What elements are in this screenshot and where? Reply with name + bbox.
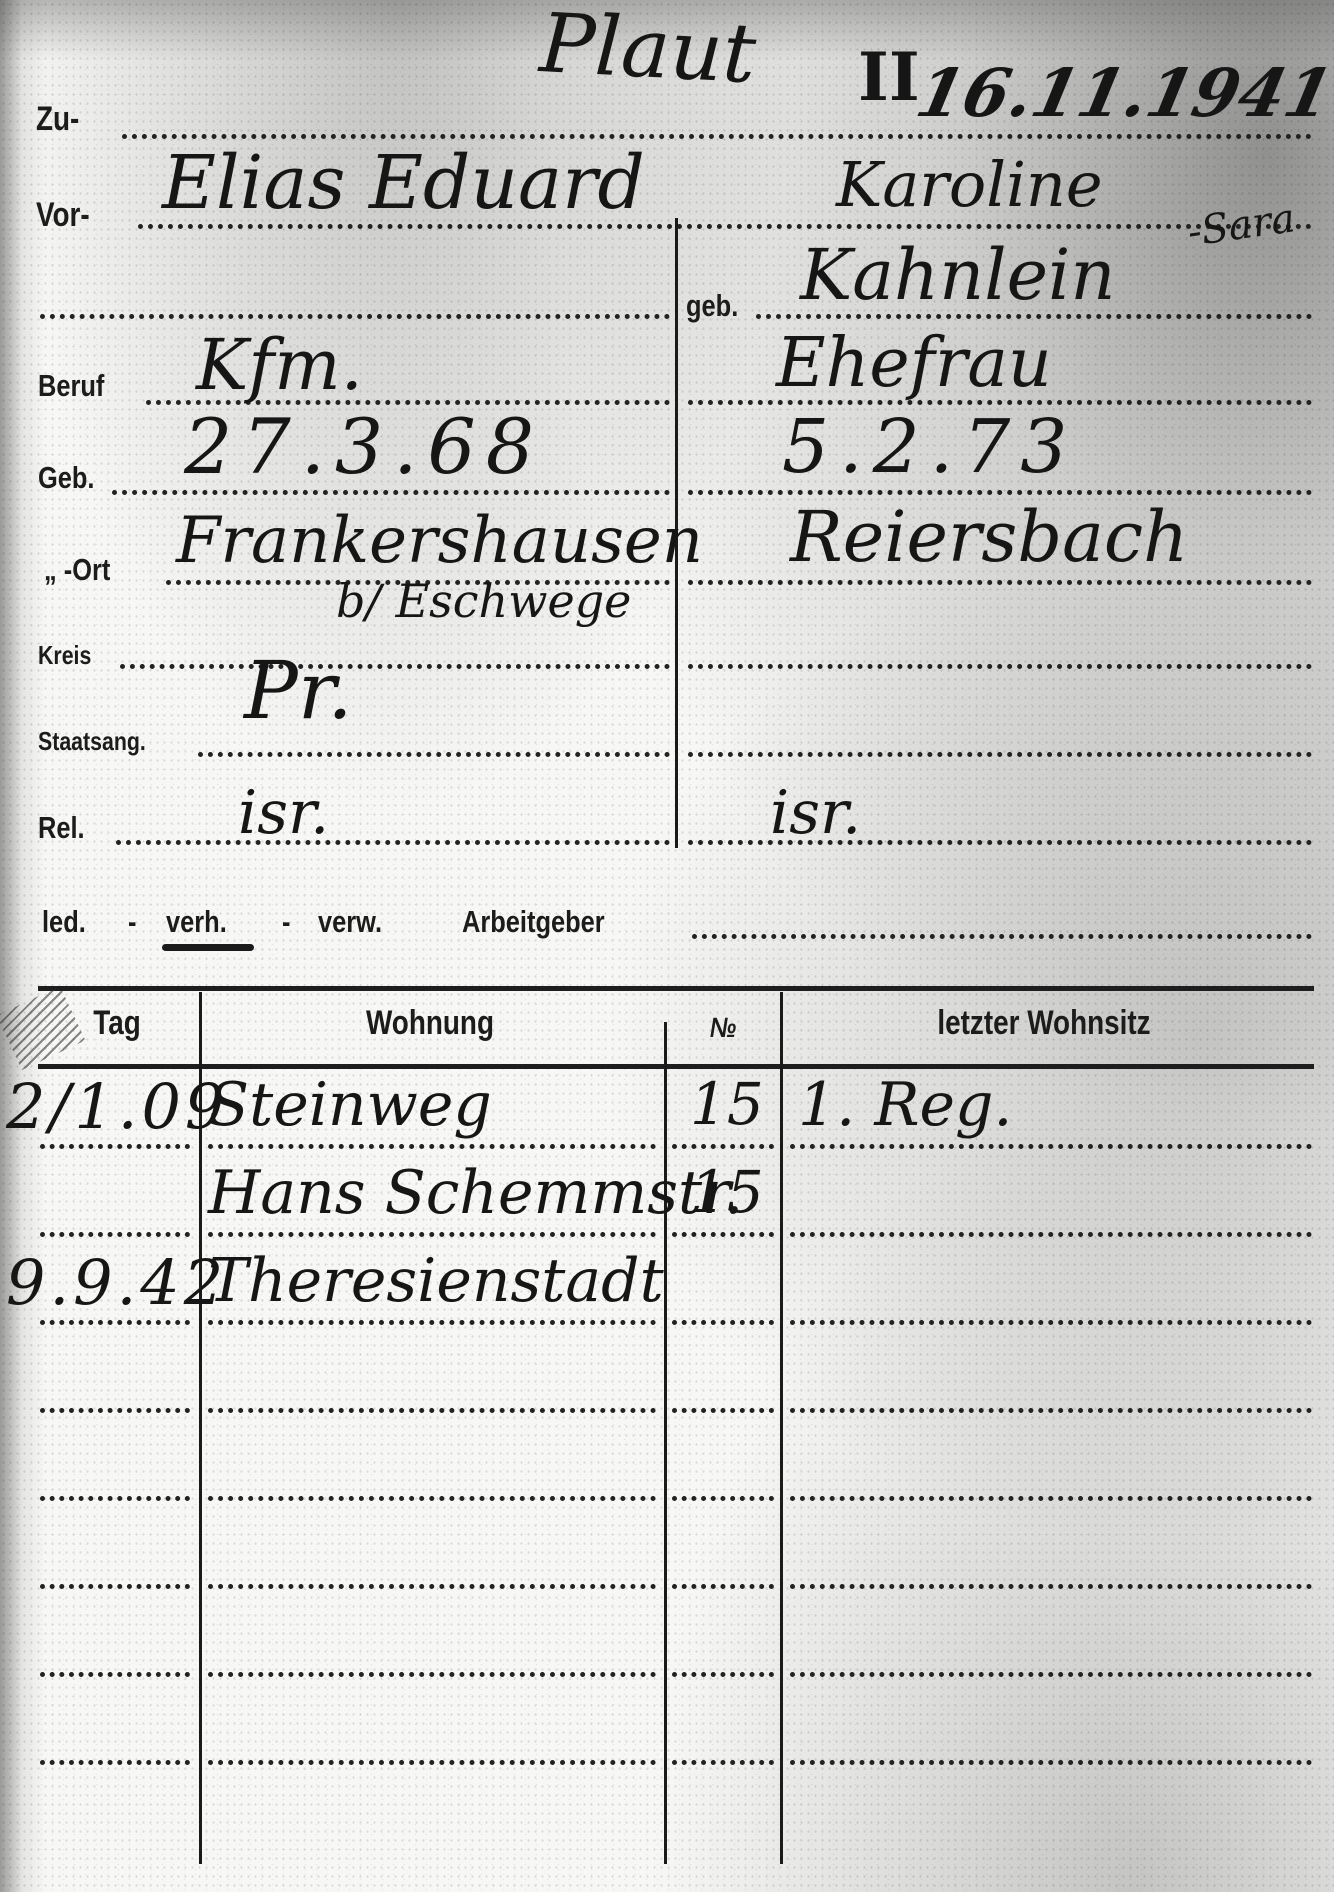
cell-nr: 15	[690, 1070, 764, 1138]
label-district: Kreis	[38, 640, 91, 671]
row-ruling	[208, 1144, 656, 1149]
husband-first-name: Elias Eduard	[162, 140, 645, 226]
row-ruling	[672, 1144, 774, 1149]
row-ruling	[208, 1232, 656, 1237]
label-citizenship: Staatsang.	[38, 726, 146, 757]
row-ruling	[672, 1320, 774, 1325]
line-surname	[122, 134, 1312, 139]
label-surname: Zu-	[36, 100, 79, 139]
line-religion	[116, 840, 670, 845]
row-ruling	[790, 1496, 1312, 1501]
status-separator-2: -	[282, 904, 290, 940]
row-ruling	[672, 1232, 774, 1237]
row-ruling	[790, 1672, 1312, 1677]
row-ruling	[40, 1232, 190, 1237]
status-separator-1: -	[128, 904, 136, 940]
husband-citizenship: Pr.	[244, 644, 353, 737]
line-citizenship	[198, 752, 670, 757]
row-ruling	[790, 1408, 1312, 1413]
status-single: led.	[42, 904, 86, 940]
header-number: №	[678, 1012, 768, 1044]
row-ruling	[208, 1408, 656, 1413]
line-wife-birth-date	[688, 490, 1312, 495]
cell-nr: 15	[690, 1158, 764, 1226]
row-ruling	[672, 1760, 774, 1765]
line-district	[120, 664, 670, 669]
table-col-divider-3	[780, 992, 783, 1864]
wife-occupation: Ehefrau	[776, 324, 1052, 403]
husband-occupation: Kfm.	[196, 324, 363, 406]
row-ruling	[208, 1672, 656, 1677]
line-wife-citizenship	[688, 752, 1312, 757]
label-birth-date: Geb.	[38, 460, 95, 496]
row-ruling	[790, 1584, 1312, 1589]
row-ruling	[672, 1496, 774, 1501]
deportation-date: 16.11.1941	[910, 54, 1334, 132]
header-wohnung: Wohnung	[241, 1004, 618, 1043]
row-ruling	[208, 1584, 656, 1589]
line-wife-birth-place	[688, 580, 1312, 585]
row-ruling	[672, 1672, 774, 1677]
row-ruling	[672, 1584, 774, 1589]
table-header-rule	[38, 1064, 1314, 1069]
wife-birth-date: 5.2.73	[782, 404, 1077, 490]
row-ruling	[790, 1232, 1312, 1237]
label-religion: Rel.	[38, 810, 85, 846]
row-ruling	[208, 1760, 656, 1765]
row-ruling	[40, 1408, 190, 1413]
cell-wohnung: Theresienstadt	[208, 1246, 664, 1316]
status-married: verh.	[166, 904, 227, 940]
row-ruling	[208, 1320, 656, 1325]
surname-annotation: Plaut	[538, 0, 759, 102]
line-employer	[692, 934, 1312, 939]
label-occupation: Beruf	[38, 368, 104, 404]
row-ruling	[40, 1496, 190, 1501]
row-ruling	[790, 1320, 1312, 1325]
wife-birth-place: Reiersbach	[790, 496, 1188, 578]
status-widowed: verw.	[318, 904, 382, 940]
wife-first-name-note: -Sara	[1185, 195, 1298, 256]
cell-tag: 9.9.42	[6, 1246, 227, 1319]
wife-maiden-name: Kahnlein	[800, 234, 1115, 316]
deportation-mark: II	[858, 38, 920, 116]
husband-birth-place: Frankershausen	[176, 504, 703, 578]
cell-letzter-wohnsitz: 1. Reg.	[798, 1070, 1012, 1140]
row-ruling	[790, 1760, 1312, 1765]
line-wife-district	[688, 664, 1312, 669]
row-ruling	[40, 1760, 190, 1765]
table-col-divider-2	[664, 1022, 667, 1864]
wife-first-name: Karoline	[836, 148, 1103, 221]
table-top-rule	[38, 986, 1314, 991]
cell-tag: 2/1.09	[6, 1070, 228, 1143]
row-ruling	[40, 1320, 190, 1325]
registration-card: Plaut II 16.11.1941 Zu- Vor- Elias Eduar…	[0, 0, 1334, 1892]
husband-religion: isr.	[238, 778, 329, 848]
label-employer: Arbeitgeber	[462, 904, 605, 940]
wife-religion: isr.	[770, 778, 861, 848]
label-first-name: Vor-	[36, 196, 90, 235]
label-maiden-name: geb.	[686, 288, 738, 324]
row-ruling	[790, 1144, 1312, 1149]
row-ruling	[40, 1584, 190, 1589]
row-ruling	[40, 1672, 190, 1677]
husband-birth-date: 27.3.68	[184, 402, 544, 491]
row-ruling	[40, 1144, 190, 1149]
label-birth-place: „ -Ort	[44, 552, 110, 588]
row-ruling	[672, 1408, 774, 1413]
row-ruling	[208, 1496, 656, 1501]
husband-birth-place-note: b/ Eschwege	[336, 574, 631, 628]
cell-wohnung: Hans Schemmstr.	[208, 1158, 743, 1228]
cell-wohnung: Steinweg	[208, 1070, 492, 1140]
header-tag: Tag	[72, 1004, 162, 1043]
married-underline-mark	[162, 944, 254, 951]
header-letzter-wohnsitz: letzter Wohnsitz	[831, 1004, 1257, 1043]
line-blank-left	[40, 314, 670, 319]
